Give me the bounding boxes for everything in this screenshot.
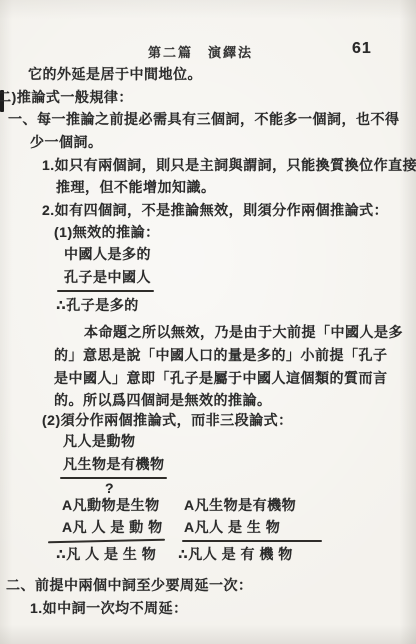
rule1-line-b: 少一個詞。 [30, 134, 103, 151]
page-number: 61 [352, 40, 372, 57]
rule2-subitem1: 1.如中詞一次均不周延： [30, 600, 188, 617]
syllogism-right-premise1: A凡生物是有機物 [184, 497, 296, 514]
example2-premise2: 凡生物是有機物 [63, 456, 165, 473]
intro-line: 它的外延是居于中間地位。 [28, 66, 202, 83]
syllogism-left-premise2: A凡 人 是 動 物 [62, 519, 163, 536]
example1-heading: (1)無效的推論： [54, 224, 160, 241]
example1-conclusion: ∴孔子是多的 [56, 297, 139, 314]
example2-inference-line [60, 477, 167, 479]
syllogism-left-inference-line [48, 539, 165, 544]
syllogism-left-premise1: A凡動物是生物 [62, 497, 160, 514]
book-page: 第二篇 演繹法 61 它的外延是居于中間地位。 (二)推論式一般規律： 一、每一… [0, 0, 416, 644]
syllogism-right-conclusion: ∴凡人 是 有 機 物 [178, 546, 293, 563]
paragraph-line-1: 本命題之所以無效，乃是由于大前提「中國人是多 [84, 324, 403, 341]
example1-premise2: 孔子是中國人 [64, 269, 151, 286]
rule1-line-a: 一、每一推論之前提必需具有三個詞，不能多一個詞，也不得 [8, 111, 400, 128]
subitem2-line: 2.如有四個詞，不是推論無效，則須分作兩個推論式： [42, 202, 388, 219]
paragraph-line-2: 的」意思是說「中國人口的量是多的」小前提「孔子 [54, 347, 388, 364]
example1-premise1: 中國人是多的 [64, 246, 151, 263]
rule-general-heading: (二)推論式一般規律： [0, 89, 133, 106]
example1-inference-line [57, 290, 154, 292]
subitem1-line-b: 推理，但不能增加知識。 [56, 179, 216, 196]
example2-premise1: 凡人是動物 [63, 433, 136, 450]
syllogism-right-inference-line [182, 540, 322, 542]
syllogism-left-conclusion: ∴凡 人 是 生 物 [56, 546, 156, 563]
example2-question-mark: ? [105, 480, 114, 497]
paragraph-line-4: 的。所以爲四個詞是無效的推論。 [54, 392, 272, 409]
paragraph-line-3: 是中國人」意即「孔子是屬于中國人這個類的質而言 [54, 370, 388, 387]
subitem1-line-a: 1.如只有兩個詞，則只是主詞與謂詞，只能換質換位作直接 [42, 157, 416, 174]
example2-heading: (2)須分作兩個推論式，而非三段論式： [42, 412, 293, 429]
rule2-heading: 二、前提中兩個中詞至少要周延一次： [6, 577, 253, 594]
chapter-header: 第二篇 演繹法 [148, 44, 253, 61]
syllogism-right-premise2: A凡人 是 生 物 [184, 519, 280, 536]
